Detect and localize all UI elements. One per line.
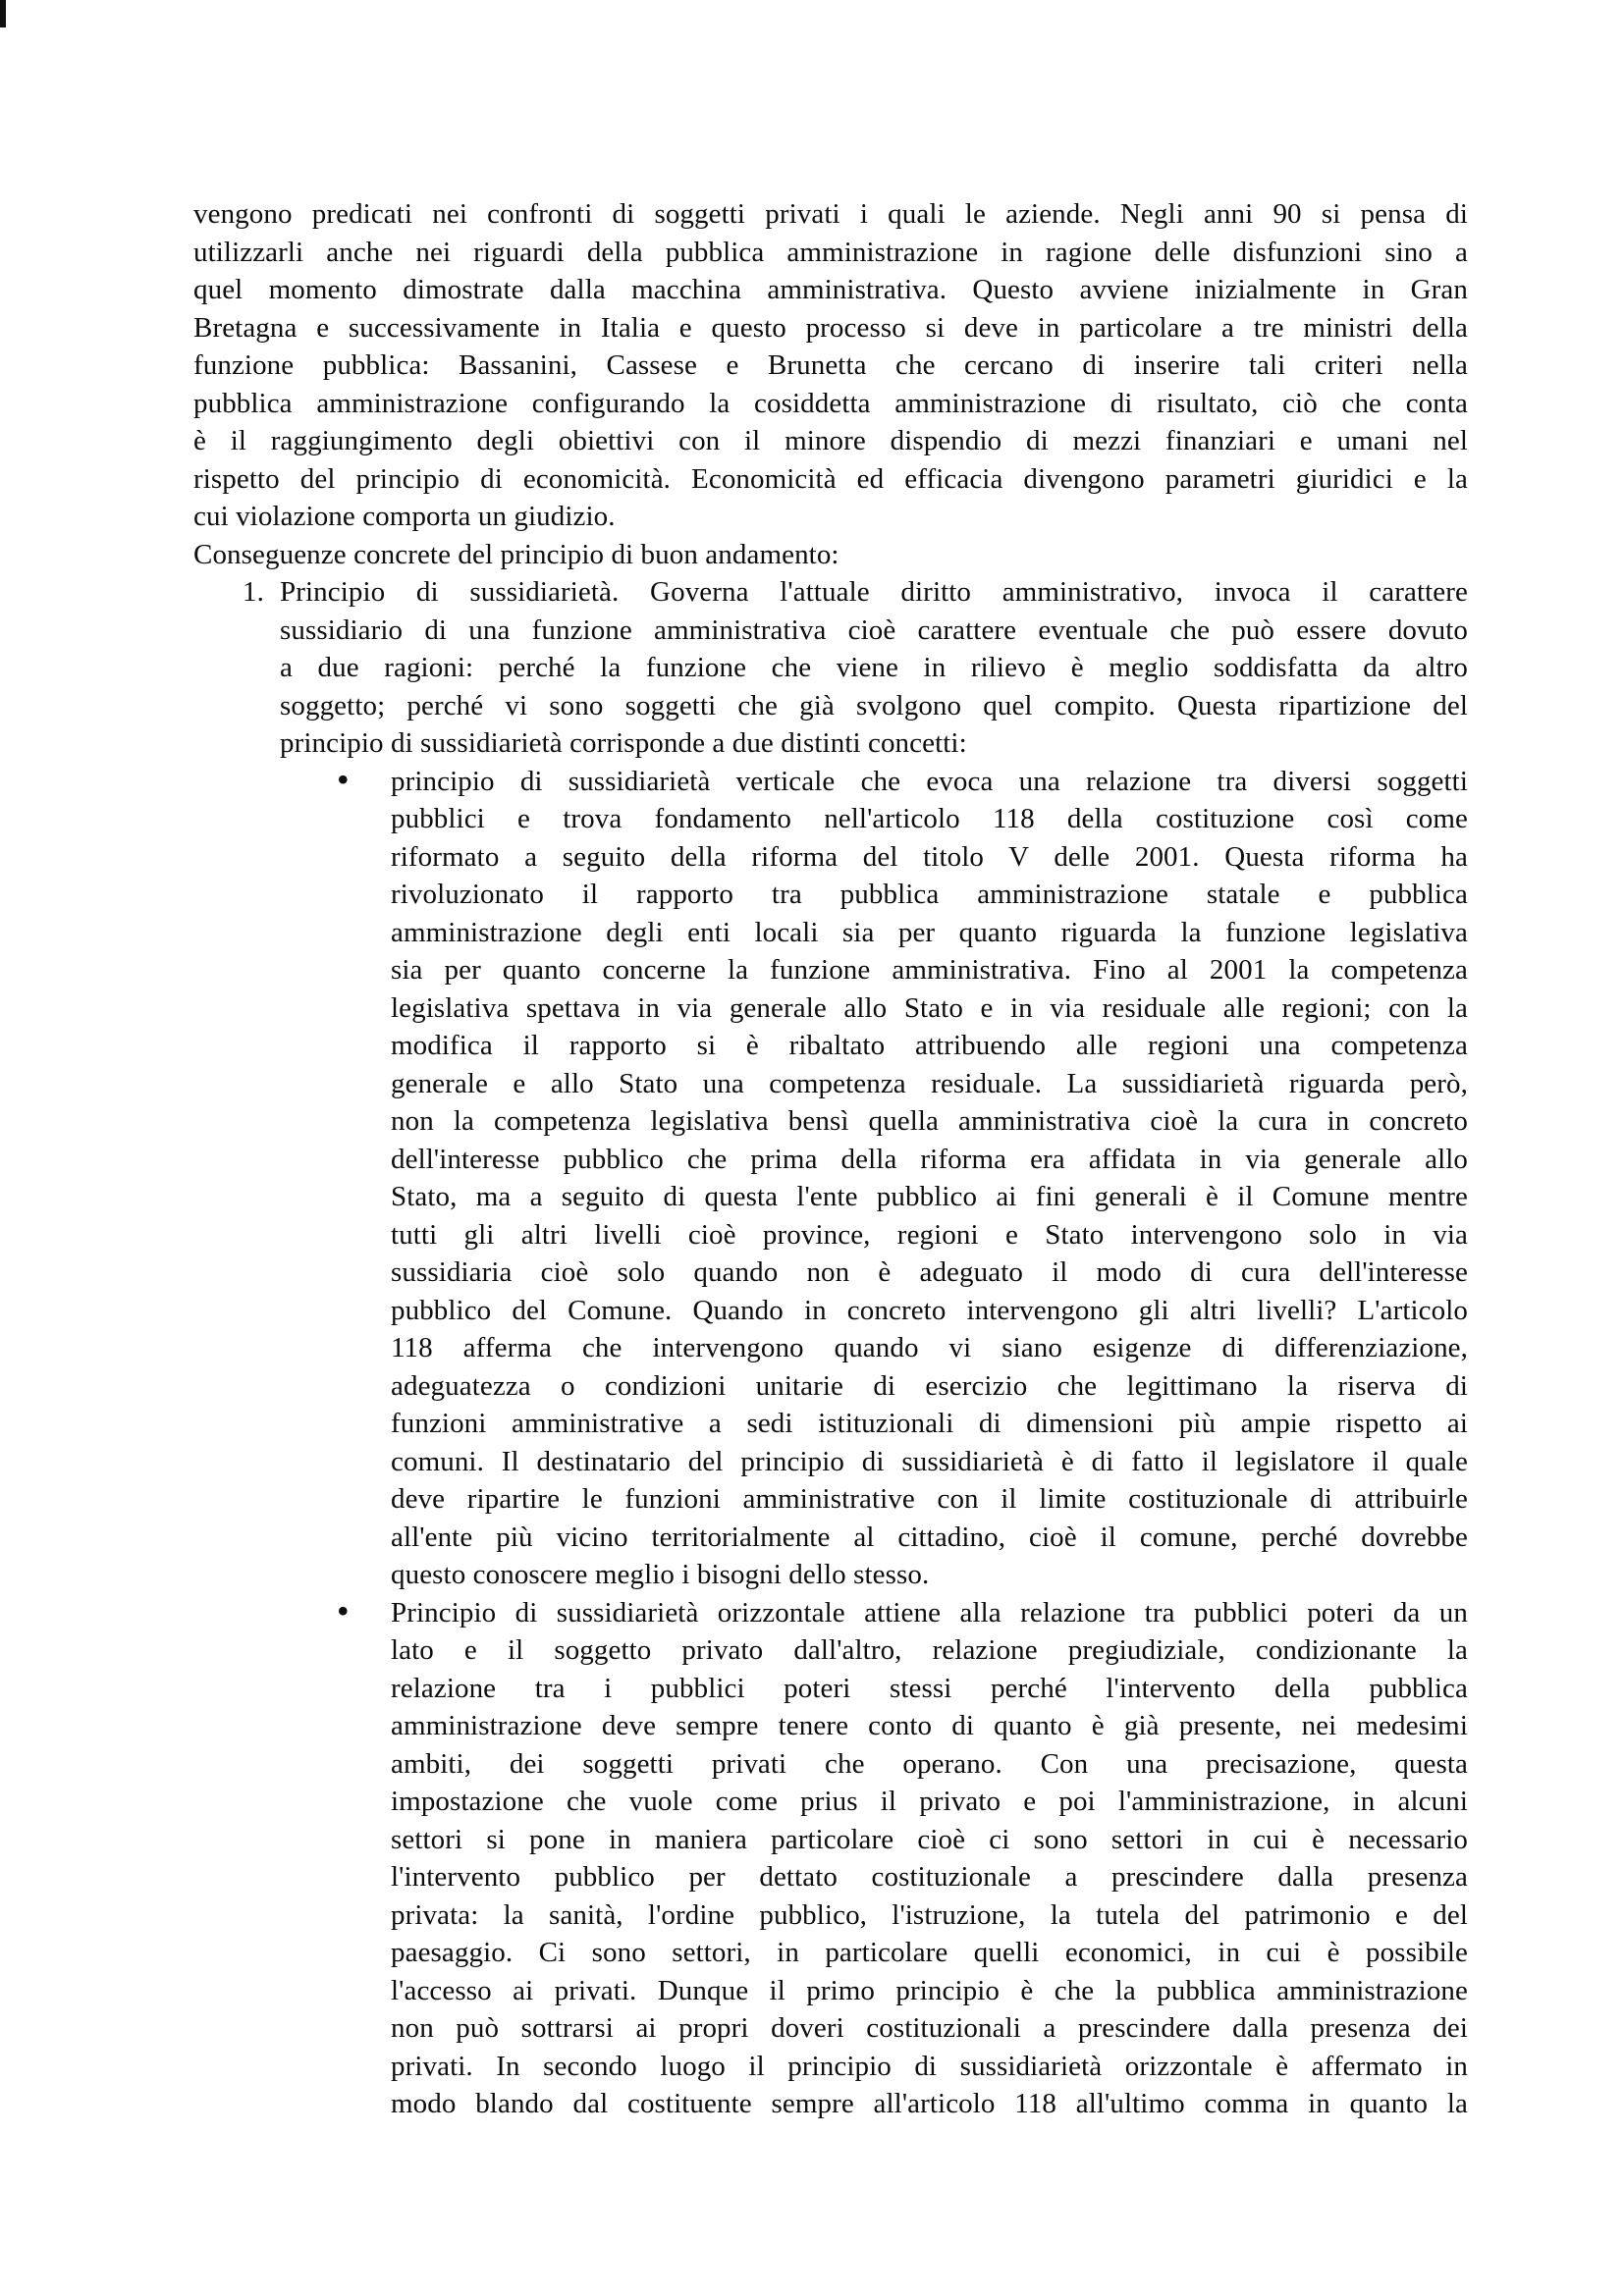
document-page: vengono predicati nei confronti di sogge… — [0, 0, 1624, 2296]
text-line: funzione pubblica: Bassanini, Cassese e … — [193, 347, 1468, 385]
text-line: utilizzarli anche nei riguardi della pub… — [193, 234, 1468, 272]
text-line: modo blando dal costituente sempre all'a… — [391, 2085, 1468, 2123]
text-line: amministrazione deve sempre tenere conto… — [391, 1707, 1468, 1745]
text-line: principio di sussidiarietà corrisponde a… — [280, 724, 1468, 763]
numbered-list-item: 1. Principio di sussidiarietà. Governa l… — [193, 573, 1468, 763]
text-line: quel momento dimostrate dalla macchina a… — [193, 271, 1468, 309]
text-line: soggetto; perché vi sono soggetti che gi… — [280, 687, 1468, 725]
text-line: dell'interesse pubblico che prima della … — [391, 1141, 1468, 1179]
paragraph: Conseguenze concrete del principio di bu… — [193, 536, 1468, 574]
text-line: rispetto del principio di economicità. E… — [193, 460, 1468, 499]
scan-artifact — [0, 0, 6, 27]
text-line: Principio di sussidiarietà orizzontale a… — [391, 1594, 1468, 1632]
text-line: privati. In secondo luogo il principio d… — [391, 2048, 1468, 2086]
text-line: vengono predicati nei confronti di sogge… — [193, 195, 1468, 234]
text-line: non la competenza legislativa bensì quel… — [391, 1102, 1468, 1141]
text-line: pubblica amministrazione configurando la… — [193, 385, 1468, 423]
text-line: all'ente più vicino territorialmente al … — [391, 1519, 1468, 1557]
document-body: vengono predicati nei confronti di sogge… — [193, 195, 1468, 2123]
text-line: l'accesso ai privati. Dunque il primo pr… — [391, 1972, 1468, 2010]
text-line: Bretagna e successivamente in Italia e q… — [193, 309, 1468, 347]
text-line: ambiti, dei soggetti privati che operano… — [391, 1745, 1468, 1784]
bullet-icon: • — [337, 761, 350, 799]
bullet-list-item: • principio di sussidiarietà verticale c… — [193, 763, 1468, 1594]
text-line: cui violazione comporta un giudizio. — [193, 498, 1468, 536]
text-line: Stato, ma a seguito di questa l'ente pub… — [391, 1178, 1468, 1216]
bullet-list-item: • Principio di sussidiarietà orizzontale… — [193, 1594, 1468, 2123]
block-lines: Principio di sussidiarietà orizzontale a… — [391, 1594, 1468, 2123]
text-line: modifica il rapporto si è ribaltato attr… — [391, 1027, 1468, 1065]
bullet-icon: • — [337, 1592, 350, 1630]
text-line: pubblico del Comune. Quando in concreto … — [391, 1292, 1468, 1330]
text-line: rivoluzionato il rapporto tra pubblica a… — [391, 876, 1468, 914]
text-line: 118 afferma che intervengono quando vi s… — [391, 1329, 1468, 1367]
text-line: pubblici e trova fondamento nell'articol… — [391, 800, 1468, 838]
text-line: impostazione che vuole come prius il pri… — [391, 1783, 1468, 1821]
block-lines: Principio di sussidiarietà. Governa l'at… — [280, 573, 1468, 763]
text-line: principio di sussidiarietà verticale che… — [391, 763, 1468, 801]
block-lines: principio di sussidiarietà verticale che… — [391, 763, 1468, 1594]
text-line: sia per quanto concerne la funzione ammi… — [391, 951, 1468, 989]
text-line: deve ripartire le funzioni amministrativ… — [391, 1480, 1468, 1519]
text-line: sussidiaria cioè solo quando non è adegu… — [391, 1254, 1468, 1292]
text-line: non può sottrarsi ai propri doveri costi… — [391, 2009, 1468, 2048]
text-line: Principio di sussidiarietà. Governa l'at… — [280, 573, 1468, 612]
text-line: funzioni amministrative a sedi istituzio… — [391, 1405, 1468, 1443]
text-line: comuni. Il destinatario del principio di… — [391, 1443, 1468, 1481]
text-line: sussidiario di una funzione amministrati… — [280, 612, 1468, 650]
block-lines: Conseguenze concrete del principio di bu… — [193, 536, 1468, 574]
text-line: riformato a seguito della riforma del ti… — [391, 838, 1468, 877]
text-line: Conseguenze concrete del principio di bu… — [193, 536, 1468, 574]
text-line: questo conoscere meglio i bisogni dello … — [391, 1556, 1468, 1594]
text-line: a due ragioni: perché la funzione che vi… — [280, 649, 1468, 687]
block-lines: vengono predicati nei confronti di sogge… — [193, 195, 1468, 536]
text-line: settori si pone in maniera particolare c… — [391, 1821, 1468, 1859]
text-line: legislativa spettava in via generale all… — [391, 989, 1468, 1028]
text-line: è il raggiungimento degli obiettivi con … — [193, 422, 1468, 460]
text-line: privata: la sanità, l'ordine pubblico, l… — [391, 1896, 1468, 1935]
text-line: amministrazione degli enti locali sia pe… — [391, 914, 1468, 952]
text-line: generale e allo Stato una competenza res… — [391, 1065, 1468, 1103]
paragraph: vengono predicati nei confronti di sogge… — [193, 195, 1468, 536]
list-number-label: 1. — [243, 573, 264, 612]
text-line: l'intervento pubblico per dettato costit… — [391, 1858, 1468, 1896]
text-line: paesaggio. Ci sono settori, in particola… — [391, 1934, 1468, 1972]
text-line: lato e il soggetto privato dall'altro, r… — [391, 1631, 1468, 1670]
text-line: relazione tra i pubblici poteri stessi p… — [391, 1670, 1468, 1708]
text-line: adeguatezza o condizioni unitarie di ese… — [391, 1367, 1468, 1406]
text-line: tutti gli altri livelli cioè province, r… — [391, 1216, 1468, 1255]
